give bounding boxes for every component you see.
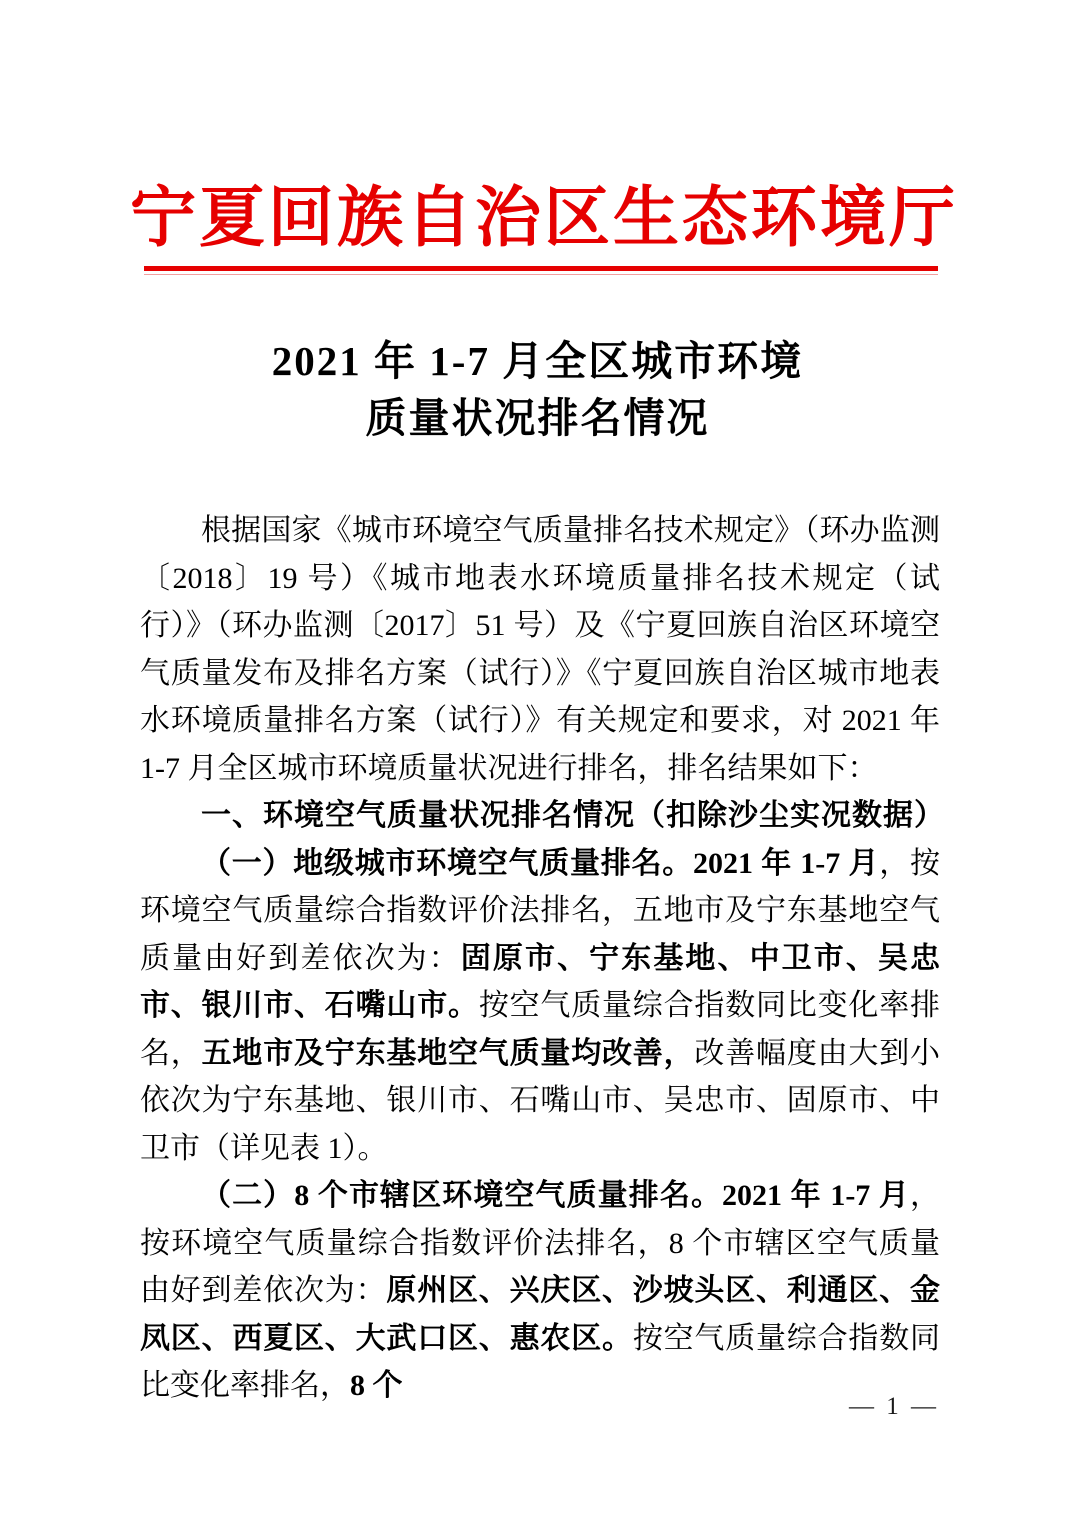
intro-text: 根据国家《城市环境空气质量排名技术规定》（环办监测〔2018〕19 号）《城市地…: [140, 514, 940, 785]
page-number: — 1 —: [849, 1393, 939, 1421]
paragraph-district-ranking: （二）8 个市辖区环境空气质量排名。2021 年 1-7 月，按环境空气质量综合…: [140, 1172, 940, 1410]
text-run: 8 个: [350, 1369, 403, 1402]
letterhead-rule-thick: [144, 266, 938, 271]
text-run: （一）地级城市环境空气质量排名。2021 年 1-7 月: [201, 847, 879, 880]
document-title: 2021 年 1-7 月全区城市环境 质量状况排名情况: [140, 333, 935, 447]
text-run: （二）8 个市辖区环境空气质量排名。2021 年 1-7 月: [201, 1179, 910, 1212]
paragraph-intro: 根据国家《城市环境空气质量排名技术规定》（环办监测〔2018〕19 号）《城市地…: [140, 507, 940, 792]
section-heading-text: 一、环境空气质量状况排名情况（扣除沙尘实况数据）: [201, 799, 945, 832]
document-title-line2: 质量状况排名情况: [140, 390, 935, 447]
document-title-line1: 2021 年 1-7 月全区城市环境: [140, 333, 935, 390]
document-body: 根据国家《城市环境空气质量排名技术规定》（环办监测〔2018〕19 号）《城市地…: [140, 507, 940, 1410]
section-heading-air-quality: 一、环境空气质量状况排名情况（扣除沙尘实况数据）: [140, 792, 940, 840]
letterhead-org-name: 宁夏回族自治区生态环境厅: [130, 183, 945, 254]
letterhead-rule-thin: [144, 274, 938, 275]
text-run: 五地市及宁东基地空气质量均改善，: [202, 1037, 695, 1070]
letterhead: 宁夏回族自治区生态环境厅: [0, 183, 1075, 275]
document-page: 宁夏回族自治区生态环境厅 2021 年 1-7 月全区城市环境 质量状况排名情况…: [0, 0, 1075, 1520]
paragraph-prefecture-ranking: （一）地级城市环境空气质量排名。2021 年 1-7 月，按环境空气质量综合指数…: [140, 840, 940, 1173]
